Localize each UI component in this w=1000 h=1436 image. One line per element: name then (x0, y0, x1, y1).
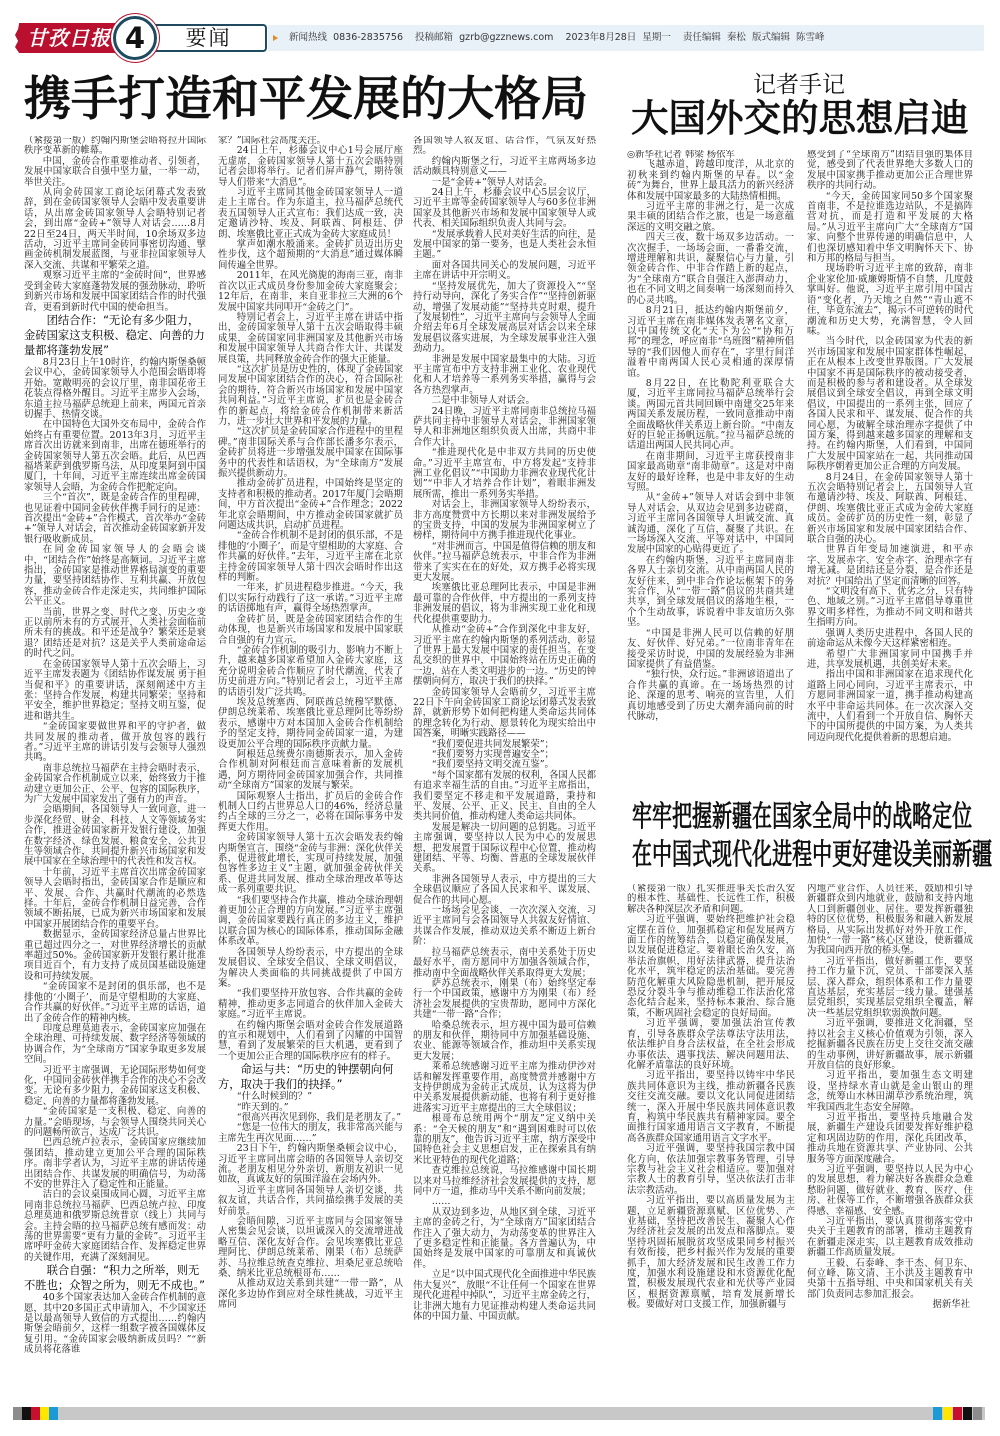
article-paragraph: 三个“首次”，既是金砖合作的里程碑，也见证着中国同金砖伙伴携手同行的足迹：首次提… (24, 493, 206, 545)
lead-paragraph: （紧接第一版）扎实推进事关长治久安的根本性、基础性、长远性工作，积极解决各种深层… (627, 884, 795, 915)
article-paragraph: “独行快，众行远。”非洲谚语道出了合作共赢的真谛。在一场场热烈的讨论、深邃的思考… (627, 670, 794, 722)
article-paragraph: 对话会上，非洲国家领导人纷纷表示，非方高度赞赏中方长期以来对非洲发展给予的宝贵支… (413, 500, 596, 542)
article-paragraph: 金砖国家领导人第十五次会晤发表约翰内斯堡宣言，围绕“金砖与非洲：深化伙伴关系，促… (218, 833, 403, 895)
main-headline: 携手打造和平发展的大格局 (24, 76, 588, 123)
article-paragraph: “今天，金砖国家同50多个国家聚首南非，不是拉谁选边站队，不是搞阵营对抗，而是打… (807, 192, 973, 265)
article-paragraph: “这次扩员是历史性的，体现了金砖国家同发展中国家团结合作的决心，符合国际社会的期… (218, 365, 403, 427)
article-paragraph: 在约翰内斯堡会晤对金砖合作发展道路的宣示和规划中，人们看到了闪耀的中国智慧，看到… (218, 1021, 403, 1063)
article-paragraph: 会晤间隙，习近平主席同与会国家领导人密集会见会谈，以坦诚深入的交流增进战略互信、… (218, 1217, 403, 1279)
article-paragraph: 南非总统拉马福萨在主持会晤时表示，金砖国家合作机制成立以来，始终致力于推动建立更… (24, 764, 206, 806)
article-paragraph: 约翰内斯堡之行，习近平主席两场多边活动颇具特别意义—— (413, 157, 596, 178)
article-paragraph: “推进现代化是中非双方共同的历史使命。”习近平主席宣布，中方将发起“支持非洲工业… (413, 448, 596, 500)
article-paragraph: 习近平指出，要坚持以铸牢中华民族共同体意识为主线，推动新疆各民族交往交流交融。要… (627, 1071, 795, 1144)
registration-mark-black (22, 1407, 31, 1420)
commentary-column-2: 感受到了“全球南方”团结自强的集体自觉，感受到了代表世界绝大多数人口的发展中国家… (807, 150, 973, 783)
logo-text: 甘孜日报 (27, 26, 111, 50)
article-paragraph: 洁白的会议桌围成同心圆，习近平主席同南非总统拉马福萨、巴西总统卢拉、印度总理莫迪… (24, 1190, 206, 1263)
editor-label: 责任编辑 (683, 32, 721, 43)
registration-mark-black (963, 1407, 972, 1420)
article-paragraph: 埃及总统塞西、阿联酋总统穆罕默德、伊朗总统莱希、埃塞俄比亚总理阿比等纷纷表示，感… (218, 698, 403, 750)
article-paragraph: 希望广大非洲国家同中国携手并进，共享发展机遇，共创美好未来。 (807, 650, 973, 671)
article-paragraph: 立足“以中国式现代化全面推进中华民族伟大复兴”，放眼“不让任何一个国家在世界现代… (413, 1270, 596, 1322)
info-bar: 新闻热线 0836-2835756 投稿邮箱 gzrb@gzznews.com … (268, 25, 984, 51)
article-paragraph: 在金砖国家领导人第十五次会晤上，习近平主席发表题为《团结协作谋发展 勇于担当促和… (24, 660, 206, 722)
article-paragraph: 习近平强调，要推进文化润疆，坚持以社会主义核心价值观为引领，深入挖掘新疆各民族在… (807, 1019, 973, 1071)
article-paragraph: 阿根廷总统费尔南德斯表示，加入金砖合作机制对阿根廷而言意味着新的发展机遇，阿方期… (218, 750, 403, 792)
article-paragraph: “金砖国家不是封闭的俱乐部，也不是排他的‘小圈子’，而是守望相助的大家庭、合作共… (24, 982, 206, 1024)
article-paragraph: 发展是解决一切问题的总钥匙。习近平主席强调，要坚持以人民为中心的发展思想，把发展… (413, 823, 596, 875)
hotline-label: 新闻热线 (289, 32, 327, 43)
lead-paragraph: （紧接第一版）约翰内斯堡会晤将拉开国际秩序变革新的帷幕。 (24, 136, 206, 157)
article-paragraph: 掌声如潮水般涌来。金砖扩员迈出历史性步伐，这个超预期的“大消息”通过媒体瞬间传遍… (218, 240, 403, 271)
continued-paragraph: 感受到了“全球南方”团结自强的集体自觉，感受到了代表世界绝大多数人口的发展中国家… (807, 150, 973, 192)
section-label-box: 要闻 (150, 24, 267, 52)
main-article-column-1: （紧接第一版）约翰内斯堡会晤将拉开国际秩序变革新的帷幕。中国，金砖合作重要推动者… (24, 136, 206, 1397)
article-paragraph: 在中国特色大国外交布局中，金砖合作始终占有重要位置。2013年3月，习近平主席首… (24, 420, 206, 493)
registration-mark-cyan (49, 1407, 58, 1420)
article-paragraph: 2011年，在风光旖旎的海南三亚，南非首次以正式成员身份参加金砖大家庭聚会；12… (218, 271, 403, 313)
article-paragraph: 习近平主席同其他金砖国家领导人一道走上主席台。作为东道主，拉马福萨总统代表五国领… (218, 188, 403, 240)
xinjiang-headline-line-1: 牢牢把握新疆在国家全局中的战略定位 (632, 797, 870, 835)
article-paragraph: 24日晚，习近平主席同南非总统拉马福萨共同主持中非领导人对话会，非洲国家领导人和… (413, 407, 596, 449)
article-paragraph: “金砖合作机制的吸引力、影响力不断上升，越来越多国家希望加入金砖大家庭，这充分说… (218, 646, 403, 698)
article-paragraph: 习近平指出，要以高质量发展为主题，立足新疆资源禀赋、区位优势、产业基础，坚持把改… (627, 1196, 795, 1310)
registration-mark-gray (13, 1407, 22, 1420)
weekday: 星期一 (642, 32, 671, 43)
article-paragraph: 23日下午，约翰内斯堡桑顿会议中心，习近平主席同出席会晤的各国领导人亲切交流。老… (218, 1144, 403, 1186)
triangle-bullet-icon (273, 35, 278, 41)
article-paragraph: 在南非期间，习近平主席获授南非国家最高勋章“南非勋章”。这是对中南友好的最好诠释… (627, 452, 794, 494)
article-paragraph: 从推动“金砖+”合作到深化中非友好，习近平主席在约翰内斯堡的系列活动，彰显了世界… (413, 625, 596, 687)
article-paragraph: 哈桑总统表示，坦方视中国为最可信赖的朋友和伙伴，期待同中方加强基础设施、农业、能… (413, 1021, 596, 1063)
section-name: 要闻 (186, 26, 232, 50)
commentary-column-1: ◎新华社记者 韩梁 杨依军飞越赤道，跨越印度洋，从北京的初秋来到约翰内斯堡的早春… (627, 150, 794, 783)
section-subheading: 命运与共：“历史的钟摆朝向何方，取决于我们的抉择。” (218, 1062, 403, 1092)
article-paragraph: 会晤期间，各国领导人一致同意，进一步深化经贸、财金、科技、人文等领域务实合作，推… (24, 805, 206, 867)
article-paragraph: 推动金砖扩员进程，中国始终是坚定的支持者和积极的推动者。2017年厦门会晤期间，… (218, 479, 403, 531)
article-paragraph: 习近平强调，要坚持我国宗教中国化方向，依法加强宗教事务管理，引导宗教与社会主义社… (627, 1144, 795, 1196)
article-paragraph: 数据显示，金砖国家经济总量占世界比重已超过四分之一，对世界经济增长的贡献率超过5… (24, 930, 206, 982)
article-paragraph: 习近平主席同各国领导人亲切交谈，共叙友谊，共话合作，共同描绘携手发展的美好前景。 (218, 1186, 403, 1217)
article-paragraph: 国际观察人士指出，扩员后的金砖合作机制人口约占世界总人口的46%，经济总量约占全… (218, 792, 403, 834)
layout-editor-label: 版式编辑 (752, 32, 790, 43)
article-paragraph: “每个国家都有发展的权利，各国人民都有追求幸福生活的自由。”习近平主席指出，我们… (413, 771, 596, 823)
article-paragraph: 习近平指出，做好新疆工作，要坚持工作力量下沉，党员、干部要深入基层、深入群众，组… (807, 957, 973, 1019)
page-number: 4 (125, 21, 145, 55)
article-paragraph: 习近平强调，要坚持以人民为中心的发展思想，着力解决好各族群众急难愁盼问题，做好就… (807, 1165, 973, 1217)
article-paragraph: 萨苏总统表示，刚果（布）始终坚定奉行一个中国政策，感谢中方为刚果（布）经济社会发… (413, 979, 596, 1021)
article-paragraph: 8月24日，在金砖国家领导人第十五次会晤特别记者会上，五国领导人宣布邀请沙特、埃… (807, 473, 973, 546)
registration-mark-red (31, 1407, 40, 1420)
article-paragraph: 现场聆听习近平主席的致辞，南非企业家伦加·威廉姆斯情不自禁，几度鼓掌叫好。他说，… (807, 264, 973, 337)
article-paragraph: 拉马福萨总统表示，南中关系处于历史最好水平，南方愿同中方加强各领域合作，推动南中… (413, 948, 596, 979)
source-credit: 据新华社 (807, 1300, 973, 1310)
article-paragraph: 金砖扩员，既是金砖国家团结合作的生动体现，也是新兴市场国家和发展中国家联合自强的… (218, 615, 403, 646)
article-paragraph: “文明没有高下、优劣之分，只有特色、地域之别。”习近平主席倡导尊重世界文明多样性… (807, 587, 973, 629)
article-paragraph: “我们要坚持开放包容、合作共赢的金砖精神，推动更多志同道合的伙伴加入金砖大家庭。… (218, 989, 403, 1020)
hotline-number: 0836-2835756 (333, 32, 403, 43)
article-paragraph: 巴西总统卢拉表示，金砖国家应继续加强团结，推动建立更加公平合理的国际秩序。南非学… (24, 1138, 206, 1190)
email-label: 投稿邮箱 (415, 32, 453, 43)
article-paragraph: “坚持发展优先，加大了资源投入”“坚持行动导向，深化了务实合作”“坚持创新驱动，… (413, 282, 596, 355)
article-paragraph: 十年前，习近平主席首次出席金砖国家领导人会晤时指出，金砖国家合作是顺应和平、发展… (24, 868, 206, 930)
article-paragraph: 习近平强调，要始终把维护社会稳定摆在首位，加强抓稳定和促发展两方面工作的统筹结合… (627, 915, 795, 1019)
article-paragraph: 习近平指出，要加强生态文明建设，坚持绿水青山就是金山银山的理念，统筹山水林田湖草… (807, 1071, 973, 1113)
layout-editor-name: 陈雪峰 (796, 32, 825, 43)
article-paragraph: 特别记者会上，习近平主席在讲话中指出，金砖国家领导人第十五次会晤取得丰硕成果，金… (218, 313, 403, 365)
registration-mark-cyan (933, 1407, 942, 1420)
article-paragraph: 从“金砖+”领导人对话会到中非领导人对话会，从双边会见到多边磋商，习近平主席同各… (627, 493, 794, 555)
article-paragraph: 各国领导人纷纷表示，中方提出的全球发展倡议、全球安全倡议、全球文明倡议，为解决人… (218, 948, 403, 990)
article-paragraph: 一年来，扩员进程稳步推进。“今天，我们以实际行动践行了这一承诺。”习近平主席的话… (218, 583, 403, 614)
article-paragraph: 指出中国和非洲国家在追求现代化道路上同心同向，习近平主席表示，中方愿同非洲国家一… (807, 670, 973, 743)
article-paragraph: “我们要坚持合作共赢，推动全球治理朝着更加公正合理的方向发展。”习近平主席强调，… (218, 896, 403, 948)
article-paragraph: 一场场会见会谈，一次次深入交流，习近平主席同与会各国领导人共叙友好情谊、共谋合作… (413, 906, 596, 948)
article-paragraph: 习近平主席的非洲之行，是一次成果丰硕的团结合作之旅，也是一场意蕴深远的文明交融之… (627, 202, 794, 233)
article-paragraph: 强调人类历史进程中，各国人民的前途命运从未像今天这样紧密相连。 (807, 629, 973, 650)
email-address: gzrb@gzznews.com (459, 32, 553, 43)
article-paragraph: 飞越赤道，跨越印度洋，从北京的初秋来到约翰内斯堡的早春。以“金砖”为舞台，世界上… (627, 160, 794, 202)
article-paragraph: 习近平强调，要加强法治宣传教育，引导各族群众学法尊法守法用法，依法维护自身合法权… (627, 1019, 795, 1071)
continued-paragraph: 内地产业合作、人员往来，鼓励和引导新疆群众到内地就业，鼓励和支持内地人口到新疆创… (807, 884, 973, 957)
article-paragraph: 王毅、石泰峰、李干杰、何卫东、何立峰、陈文清、王小洪及主题教育中央第十五指导组、… (807, 1259, 973, 1301)
article-paragraph: 观察习近平主席的“金砖时间”，世界感受到金砖大家庭蓬勃发展的强劲脉动，聆听到新兴… (24, 271, 206, 313)
article-paragraph: “中国是非洲人民可以信赖的好朋友、好伙伴、好兄弟。”一位南非青年在接受采访时说，… (627, 629, 794, 671)
article-paragraph: 印度总理莫迪表示，金砖国家应加强在全球治理、可持续发展、数字经济等领域的协调合作… (24, 1024, 206, 1066)
article-paragraph: 8月23日上午10时许，约翰内斯堡桑顿会议中心，金砖国家领导人小范围会晤即将开始… (24, 358, 206, 420)
article-paragraph: “发展承载着人民对美好生活的向往，是发展中国家的第一要务，也是人类社会永恒主题。… (413, 230, 596, 261)
section-subheading: 联合自强：“积力之所举，则无不胜也；众智之所为，则无不成也。” (24, 1263, 206, 1293)
article-paragraph: 面对各国共同关心的发展问题，习近平主席在讲话中开宗明义。 (413, 261, 596, 282)
article-paragraph: 习近平指出，要坚持兵地融合发展，新疆生产建设兵团要发挥好维护稳定和巩固边防的作用… (807, 1113, 973, 1165)
xinjiang-column-2: 内地产业合作、人员往来，鼓励和引导新疆群众到内地就业，鼓励和支持内地人口到新疆创… (807, 884, 973, 1397)
editor-name: 秦松 (727, 32, 746, 43)
footer-bar (13, 1407, 985, 1420)
article-paragraph: 40多个国家表达加入金砖合作机制的意愿，其中20多国正式申请加入，不少国家还是以… (24, 1293, 206, 1355)
registration-mark-red (953, 1407, 962, 1420)
article-paragraph: 非洲是发展中国家最集中的大陆。习近平主席宣布中方支持非洲工业化、农业现代化和人才… (413, 355, 596, 397)
article-paragraph: “这次扩员是金砖国家合作进程中的里程碑。”南非国际关系与合作部长潘多尔表示，金砖… (218, 427, 403, 479)
article-paragraph: 莱希总统感谢习近平主席为推动伊沙对话和解发挥重要作用，高度赞赏并感谢中方支持伊朗… (413, 1062, 596, 1114)
article-paragraph: “金砖合作机制不是封闭的俱乐部，不是排他的‘小圈子’，而是守望相助的大家庭、合作… (218, 531, 403, 583)
article-paragraph: 从向金砖国家工商论坛闭幕式发表致辞，到在金砖国家领导人会晤中发表重要讲话，从出席… (24, 188, 206, 271)
registration-mark-yellow (40, 1407, 49, 1420)
article-paragraph: 8月21日，抵达约翰内斯堡前夕，习近平主席在南非媒体发表署名文章，以中国传统文化… (627, 306, 794, 379)
article-paragraph: 根哥布总统用两个“朋友”定义纳中关系：“全天候的朋友”和“遇到困难时可以依靠的朋… (413, 1114, 596, 1166)
article-paragraph: 当前，世界之变、时代之变、历史之变正以前所未有的方式展开，人类社会面临前所未有的… (24, 608, 206, 660)
article-paragraph: 世界百年变局加速演进，和平赤字、发展赤字、安全赤字、治理赤字有增无减。是团结还是… (807, 545, 973, 587)
article-paragraph: 四天三夜，数十场双多边活动。一次次握手，一场场会面，一番番交流，增进理解和共识，… (627, 233, 794, 306)
article-paragraph: 8月22日，在比勒陀利亚联合大厦，习近平主席同拉马福萨总统举行会谈。两国元首共同… (627, 379, 794, 452)
article-paragraph: 在同金砖国家领导人的会晤会谈中，“团结合作”始终是高频词。习近平主席指出，金砖国… (24, 545, 206, 607)
article-paragraph: 中国，金砖合作重要推动者、引领者，发展中国家联合自强中坚力量，一举一动，举世关注… (24, 157, 206, 188)
article-paragraph: 习近平主席强调，无论国际形势如何变化，中国同金砖伙伴携手合作的决心不会改变。无论… (24, 1066, 206, 1108)
article-paragraph: 非洲各国领导人表示，中方提出的三大全球倡议顺应了各国人民求和平、谋发展、促合作的… (413, 875, 596, 906)
article-paragraph: 24日上午，杉藤会议中心1号会展厅座无虚席，金砖国家领导人第十五次会晤特别记者会… (218, 146, 403, 188)
registration-mark-yellow (943, 1407, 952, 1420)
article-paragraph: 埃塞俄比亚总理阿比表示，中国是非洲最可靠的合作伙伴，中方提出的一系列支持非洲发展… (413, 583, 596, 625)
article-paragraph: 二是中非领导人对话会。 (413, 396, 596, 406)
article-paragraph: 当今时代，以金砖国家为代表的新兴市场国家和发展中国家群体性崛起，正在从根本上改变… (807, 337, 973, 472)
continued-paragraph: 各国领导人叙友谊、话合作，气氛友好热烈。 (413, 136, 596, 157)
article-paragraph: “您是一位伟大的朋友，我非常高兴能与主席先生再次见面……” (218, 1123, 403, 1144)
newspaper-logo: 甘孜日报 (15, 23, 119, 53)
issue-date: 2023年8月28日 (565, 32, 636, 43)
main-article-column-2: 家？”国际社会高度关注。24日上午，杉藤会议中心1号会展厅座无虚席，金砖国家领导… (218, 136, 403, 1397)
article-paragraph: 在约翰内斯堡，习近平主席同南非各界人士亲切交流。从中南两国人民的友好往来，到中非… (627, 556, 794, 629)
registration-mark-gray (973, 1407, 982, 1420)
main-article-column-3: 各国领导人叙友谊、话合作，气氛友好热烈。约翰内斯堡之行，习近平主席两场多边活动颇… (413, 136, 596, 1397)
article-paragraph: 从推动双边关系到共建“一带一路”，从深化多边协作到应对全球性挑战，习近平主席同 (218, 1279, 403, 1310)
article-paragraph: 24日上午，杉藤会议中心5层会议厅，习近平主席等金砖国家领导人与60多位非洲国家… (413, 188, 596, 230)
article-paragraph: “对非洲而言，中国是值得信赖的朋友和伙伴。”拉马福萨总统表示，中非合作为非洲带来… (413, 542, 596, 584)
article-paragraph: 金砖国家领导人会晤前夕，习近平主席22日下午向金砖国家工商论坛闭幕式发表致辞，就… (413, 688, 596, 740)
commentary-headline: 大国外交的思想启迪 (631, 99, 969, 137)
article-paragraph: “金砖国家是一支积极、稳定、向善的力量。”会晤现场，与会领导人围绕共同关心的问题… (24, 1107, 206, 1138)
page-number-badge: 4 (113, 16, 157, 60)
xinjiang-column-1: （紧接第一版）扎实推进事关长治久安的根本性、基础性、长远性工作，积极解决各种深层… (627, 884, 795, 1397)
commentary-kicker: 记者手记 (753, 73, 845, 97)
article-paragraph: 习近平指出，要认真贯彻落实党中央关于主题教育的部署，推动主题教育在新疆走深走实，… (807, 1217, 973, 1259)
article-paragraph: 从双边到多边，从地区到全球，习近平主席的金砖之行，为“全球南方”国家团结合作注入… (413, 1208, 596, 1270)
xinjiang-headline-line-2: 在中国式现代化进程中更好建设美丽新疆 (632, 835, 870, 873)
article-paragraph: “金砖国家要做世界和平的守护者，做共同发展的推动者，做开放包容的践行者。”习近平… (24, 722, 206, 764)
section-subheading: 团结合作：“无论有多少阻力，金砖国家这支积极、稳定、向善的力量都将蓬勃发展” (24, 313, 206, 358)
article-paragraph: 查克维拉总统说，马拉维感谢中国长期以来对马拉维经济社会发展提供的支持，愿同中方一… (413, 1166, 596, 1197)
article-paragraph: “什么时候到的？” (218, 1092, 403, 1102)
xinjiang-headline: 牢牢把握新疆在国家全局中的战略定位 在中国式现代化进程中更好建设美丽新疆 (632, 797, 977, 873)
